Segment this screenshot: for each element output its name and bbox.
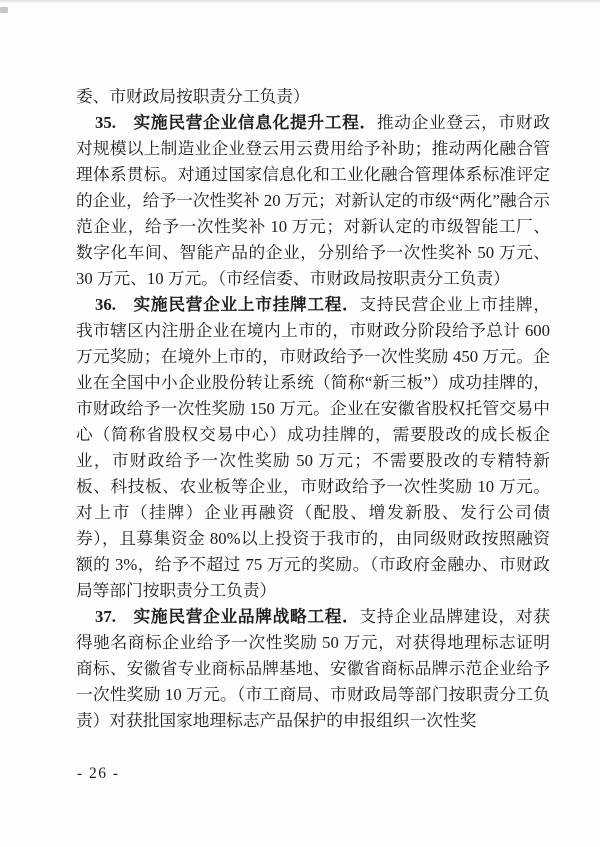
item-35-number: 35. xyxy=(95,113,116,132)
item-37-number: 37. xyxy=(95,607,116,626)
scan-artifact-top-edge xyxy=(0,0,600,3)
page-number: - 26 - xyxy=(77,764,120,784)
item-36-number: 36. xyxy=(95,295,116,314)
scan-artifact-corner-mark xyxy=(0,7,8,13)
item-36-title: 实施民营企业上市挂牌工程． xyxy=(133,295,360,314)
document-page: 委、市财政局按职责分工负责） 35.实施民营企业信息化提升工程．推动企业登云，市… xyxy=(0,0,600,847)
document-text-block: 委、市财政局按职责分工负责） 35.实施民营企业信息化提升工程．推动企业登云，市… xyxy=(76,84,550,734)
item-35-title: 实施民营企业信息化提升工程． xyxy=(133,113,377,132)
paragraph-item-37: 37.实施民营企业品牌战略工程．支持企业品牌建设，对获得驰名商标企业给予一次性奖… xyxy=(76,604,550,734)
item-37-title: 实施民营企业品牌战略工程． xyxy=(133,607,360,626)
item-36-body: 支持民营企业上市挂牌，我市辖区内注册企业在境内上市的，市财政分阶段给予总计 60… xyxy=(76,295,550,600)
paragraph-item-35: 35.实施民营企业信息化提升工程．推动企业登云，市财政对规模以上制造业企业登云用… xyxy=(76,110,550,292)
paragraph-continuation: 委、市财政局按职责分工负责） xyxy=(76,84,550,110)
item-35-body: 推动企业登云，市财政对规模以上制造业企业登云用云费用给予补助；推动两化融合管理体… xyxy=(76,113,550,288)
paragraph-item-36: 36.实施民营企业上市挂牌工程．支持民营企业上市挂牌，我市辖区内注册企业在境内上… xyxy=(76,292,550,604)
